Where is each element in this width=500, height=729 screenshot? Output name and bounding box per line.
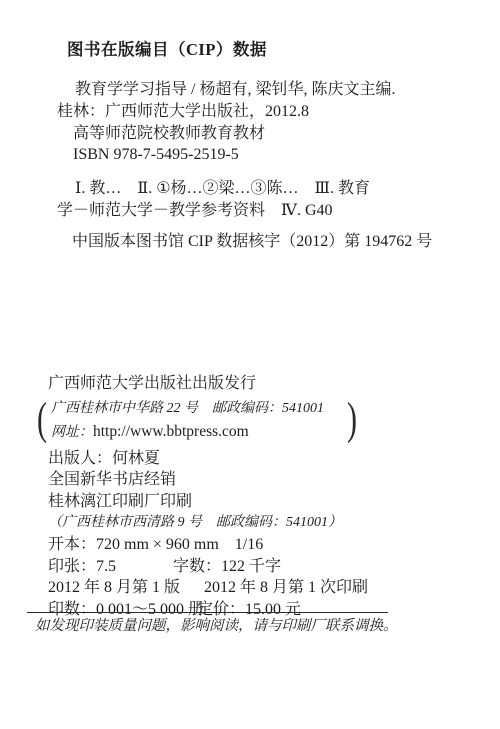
printer-address-line: （广西桂林市西清路 9 号 邮政编码：541001） [48, 512, 368, 534]
sheets-value: 印张：7.5 [48, 556, 173, 578]
format-line: 开本：720 mm × 960 mm 1/16 [48, 534, 368, 556]
wordcount-value: 字数：122 千字 [173, 558, 281, 575]
cip-record-number: 中国版本图书馆 CIP 数据核字（2012）第 194762 号 [72, 231, 432, 252]
distribution-line: 全国新华书店经销 [48, 469, 368, 491]
website-url: http://www.bbtpress.com [93, 423, 249, 440]
publisher-line: 广西师范大学出版社出版发行 [48, 373, 368, 395]
publisher-website: 网址：http://www.bbtpress.com [51, 420, 343, 444]
quality-note: 如发现印装质量问题，影响阅读，请与印刷厂联系调换。 [35, 616, 398, 636]
publisher-address: 广西桂林市中华路 22 号 邮政编码：541001 [51, 397, 343, 420]
cip-isbn-line: ISBN 978-7-5495-2519-5 [57, 144, 395, 166]
cip-publisher-line: 桂林：广西师范大学出版社，2012.8 [57, 101, 395, 123]
imprint-block: 广西师范大学出版社出版发行 ( 广西桂林市中华路 22 号 邮政编码：54100… [48, 373, 368, 620]
cip-class-line-1: Ⅰ. 教… Ⅱ. ①杨…②梁…③陈… Ⅲ. 教育 [57, 178, 370, 200]
publisher-address-group: ( 广西桂林市中华路 22 号 邮政编码：541001 网址：http://ww… [37, 397, 368, 444]
right-paren: ) [347, 398, 357, 443]
cip-title-line: 教育学学习指导 / 杨超有, 梁钊华, 陈庆文主编. [57, 79, 395, 101]
printing-value: 2012 年 8 月第 1 次印刷 [204, 579, 368, 596]
edition-value: 2012 年 8 月第 1 版 [48, 577, 204, 599]
left-paren: ( [37, 398, 47, 443]
edition-line: 2012 年 8 月第 1 版2012 年 8 月第 1 次印刷 [48, 577, 368, 599]
cip-class-line-2: 学－师范大学－教学参考资料 Ⅳ. G40 [57, 200, 370, 222]
website-label: 网址： [51, 425, 93, 440]
printer-line: 桂林漓江印刷厂印刷 [48, 491, 368, 513]
sheets-line: 印张：7.5字数：122 千字 [48, 556, 368, 578]
publisher-person-line: 出版人：何林夏 [48, 448, 368, 470]
colophon-page: 图书在版编目（CIP）数据 教育学学习指导 / 杨超有, 梁钊华, 陈庆文主编.… [0, 0, 500, 729]
publisher-address-lines: 广西桂林市中华路 22 号 邮政编码：541001 网址：http://www.… [51, 397, 343, 444]
cip-classification-block: Ⅰ. 教… Ⅱ. ①杨…②梁…③陈… Ⅲ. 教育 学－师范大学－教学参考资料 Ⅳ… [57, 178, 370, 221]
cip-entry-block: 教育学学习指导 / 杨超有, 梁钊华, 陈庆文主编. 桂林：广西师范大学出版社，… [57, 79, 395, 166]
cip-heading: 图书在版编目（CIP）数据 [67, 36, 267, 60]
cip-series-line: 高等师范院校教师教育教材 [57, 123, 395, 145]
divider-rule [27, 612, 388, 613]
